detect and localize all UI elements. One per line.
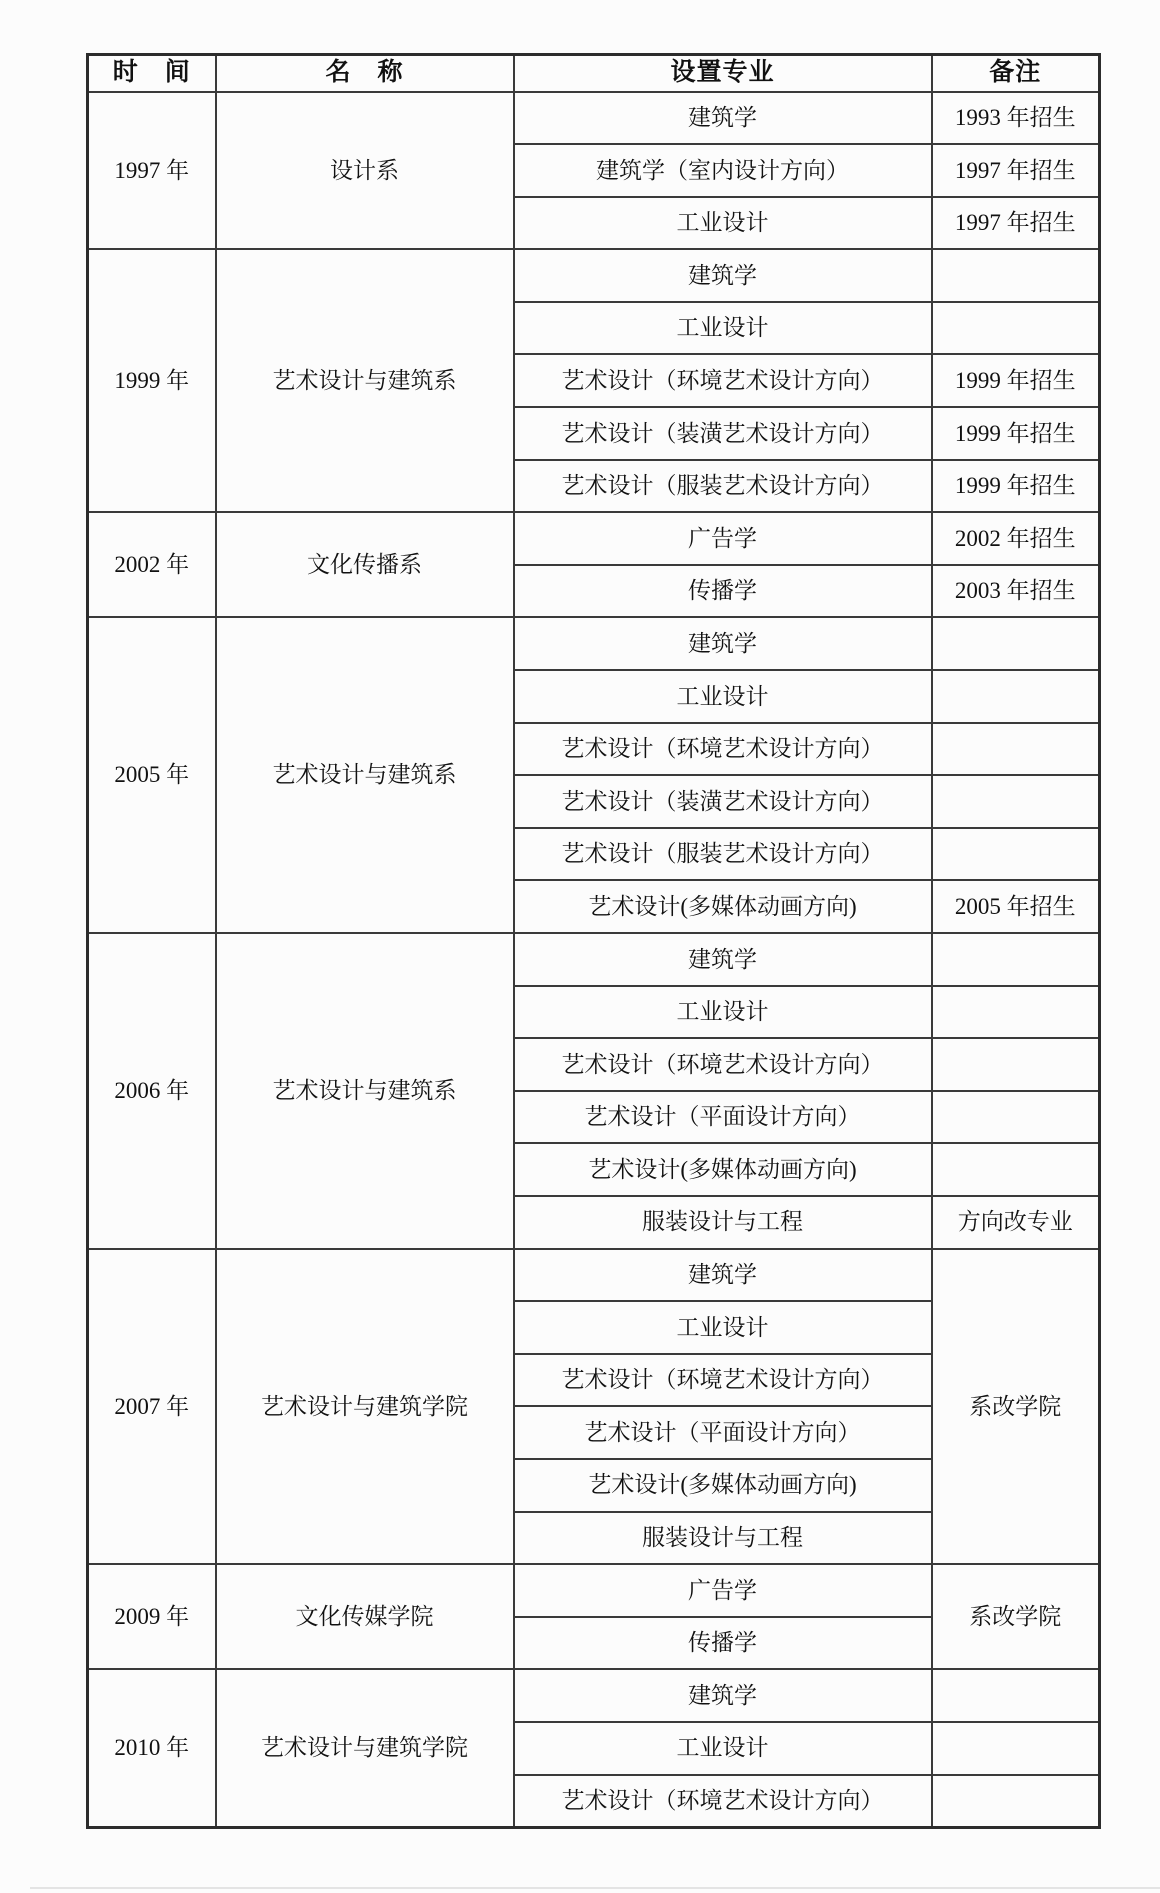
major-cell: 艺术设计（服装艺术设计方向） [514,828,932,881]
remark-cell: 1997 年招生 [932,197,1100,250]
time-cell: 2009 年 [88,1564,216,1669]
remark-cell [932,828,1100,881]
major-cell: 艺术设计（装潢艺术设计方向） [514,775,932,828]
remark-cell [932,775,1100,828]
major-cell: 工业设计 [514,1722,932,1775]
table-row: 1997 年设计系建筑学1993 年招生 [88,92,1100,145]
name-cell: 艺术设计与建筑学院 [216,1669,514,1827]
major-cell: 艺术设计(多媒体动画方向) [514,880,932,933]
major-cell: 广告学 [514,1564,932,1617]
time-cell: 2006 年 [88,933,216,1249]
column-header-remark: 备注 [932,55,1100,92]
remark-cell [932,1091,1100,1144]
remark-cell: 2002 年招生 [932,512,1100,565]
remark-cell: 2003 年招生 [932,565,1100,618]
name-cell: 文化传媒学院 [216,1564,514,1669]
major-cell: 传播学 [514,1617,932,1670]
major-cell: 工业设计 [514,670,932,723]
table-row: 2005 年艺术设计与建筑系建筑学 [88,617,1100,670]
major-cell: 工业设计 [514,197,932,250]
remark-cell-merged: 系改学院 [932,1564,1100,1669]
department-history-table: 时 间名 称设置专业备注 1997 年设计系建筑学1993 年招生建筑学（室内设… [86,53,1101,1829]
name-cell: 艺术设计与建筑学院 [216,1249,514,1565]
major-cell: 服装设计与工程 [514,1512,932,1565]
name-cell: 艺术设计与建筑系 [216,249,514,512]
remark-cell: 2005 年招生 [932,880,1100,933]
table-row: 2002 年文化传播系广告学2002 年招生 [88,512,1100,565]
time-cell: 2010 年 [88,1669,216,1827]
major-cell: 艺术设计（环境艺术设计方向） [514,1038,932,1091]
time-cell: 2002 年 [88,512,216,617]
time-cell: 2007 年 [88,1249,216,1565]
major-cell: 广告学 [514,512,932,565]
remark-cell: 1999 年招生 [932,354,1100,407]
major-cell: 艺术设计(多媒体动画方向) [514,1143,932,1196]
major-cell: 建筑学 [514,249,932,302]
remark-cell [932,617,1100,670]
remark-cell: 方向改专业 [932,1196,1100,1249]
major-cell: 艺术设计（服装艺术设计方向） [514,460,932,513]
major-cell: 艺术设计（环境艺术设计方向） [514,354,932,407]
major-cell: 艺术设计（装潢艺术设计方向） [514,407,932,460]
remark-cell [932,670,1100,723]
table-row: 2010 年艺术设计与建筑学院建筑学 [88,1669,1100,1722]
remark-cell [932,249,1100,302]
major-cell: 艺术设计（环境艺术设计方向） [514,1354,932,1407]
major-cell: 艺术设计（环境艺术设计方向） [514,1775,932,1828]
major-cell: 建筑学 [514,1249,932,1302]
table-row: 2006 年艺术设计与建筑系建筑学 [88,933,1100,986]
column-header-majors: 设置专业 [514,55,932,92]
remark-cell: 1997 年招生 [932,144,1100,197]
remark-cell [932,1775,1100,1828]
major-cell: 艺术设计（平面设计方向） [514,1406,932,1459]
name-cell: 艺术设计与建筑系 [216,933,514,1249]
major-cell: 艺术设计(多媒体动画方向) [514,1459,932,1512]
remark-cell [932,1143,1100,1196]
remark-cell [932,986,1100,1039]
major-cell: 建筑学 [514,92,932,145]
name-cell: 艺术设计与建筑系 [216,617,514,933]
page-bottom-divider [30,1887,1160,1889]
table-row: 1999 年艺术设计与建筑系建筑学 [88,249,1100,302]
remark-cell [932,1669,1100,1722]
major-cell: 艺术设计（环境艺术设计方向） [514,723,932,776]
major-cell: 工业设计 [514,1301,932,1354]
major-cell: 建筑学 [514,1669,932,1722]
time-cell: 2005 年 [88,617,216,933]
major-cell: 建筑学 [514,933,932,986]
major-cell: 工业设计 [514,302,932,355]
remark-cell [932,723,1100,776]
name-cell: 文化传播系 [216,512,514,617]
remark-cell [932,1038,1100,1091]
remark-cell: 1999 年招生 [932,407,1100,460]
name-cell: 设计系 [216,92,514,250]
major-cell: 服装设计与工程 [514,1196,932,1249]
document-page: 时 间名 称设置专业备注 1997 年设计系建筑学1993 年招生建筑学（室内设… [0,0,1160,1893]
time-cell: 1997 年 [88,92,216,250]
table-row: 2007 年艺术设计与建筑学院建筑学系改学院 [88,1249,1100,1302]
remark-cell-merged: 系改学院 [932,1249,1100,1565]
remark-cell [932,1722,1100,1775]
major-cell: 工业设计 [514,986,932,1039]
major-cell: 艺术设计（平面设计方向） [514,1091,932,1144]
table-header-row: 时 间名 称设置专业备注 [88,55,1100,92]
major-cell: 建筑学 [514,617,932,670]
column-header-name: 名 称 [216,55,514,92]
remark-cell: 1999 年招生 [932,460,1100,513]
remark-cell [932,933,1100,986]
remark-cell: 1993 年招生 [932,92,1100,145]
major-cell: 建筑学（室内设计方向） [514,144,932,197]
table-row: 2009 年文化传媒学院广告学系改学院 [88,1564,1100,1617]
time-cell: 1999 年 [88,249,216,512]
remark-cell [932,302,1100,355]
column-header-time: 时 间 [88,55,216,92]
major-cell: 传播学 [514,565,932,618]
